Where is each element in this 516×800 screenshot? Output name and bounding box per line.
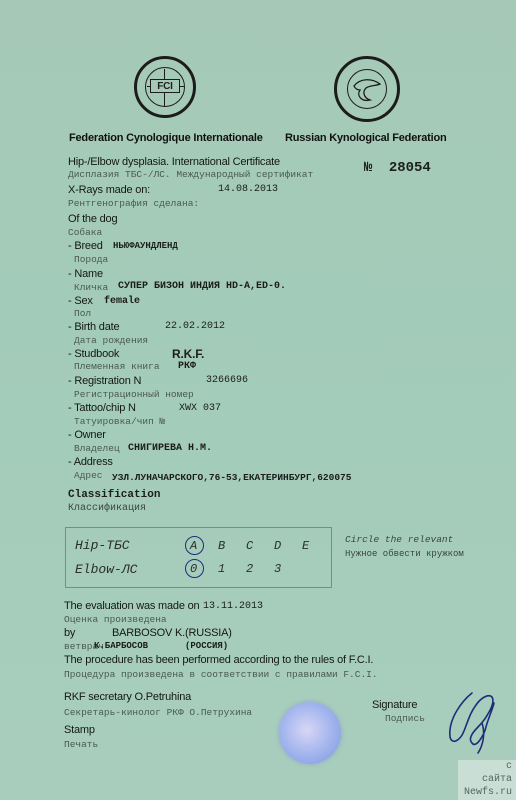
hip-grade-c: C — [246, 539, 253, 553]
vet-country-ru: (РОССИЯ) — [185, 641, 228, 651]
studbook-value: R.K.F. — [172, 347, 204, 361]
elbow-grade-3: 3 — [274, 562, 281, 576]
name-value: СУПЕР БИЗОН ИНДИЯ HD-A,ED-0. — [118, 281, 286, 292]
evaluation-label-ru: Оценка произведена — [64, 614, 167, 625]
tattoo-label-en: - Tattoo/chip N — [68, 402, 136, 414]
owner-label-ru: Владелец — [74, 443, 120, 454]
circle-note-ru: Нужное обвести кружком — [345, 549, 464, 559]
rkf-logo — [334, 56, 400, 122]
name-label-ru: Кличка — [74, 282, 108, 293]
watermark-line-1: с — [458, 760, 512, 773]
sex-label-en: - Sex — [68, 295, 93, 307]
owner-label-en: - Owner — [68, 429, 106, 441]
classification-title-en: Classification — [68, 489, 160, 501]
hip-grade-d: D — [274, 539, 281, 553]
procedure-en: The procedure has been performed accordi… — [64, 654, 373, 666]
circle-note-en: Circle the relevant — [345, 534, 453, 545]
tattoo-value: XWX 037 — [179, 403, 221, 414]
vet-name-en: BARBOSOV K.(RUSSIA) — [112, 627, 232, 639]
elbow-grade-0: 0 — [190, 562, 197, 576]
dog-label-ru: Собака — [68, 227, 102, 238]
dog-label-en: Of the dog — [68, 213, 117, 225]
by-label-en: by — [64, 627, 75, 639]
stamp-label-ru: Печать — [64, 739, 98, 750]
xray-label-ru: Рентгенография сделана: — [68, 198, 199, 209]
sex-value: female — [104, 296, 140, 307]
elbow-grade-2: 2 — [246, 562, 253, 576]
site-watermark: с сайта Newfs.ru — [458, 760, 516, 800]
name-label-en: - Name — [68, 268, 103, 280]
evaluation-label-en: The evaluation was made on — [64, 600, 199, 612]
certificate-number: № 28054 — [364, 160, 431, 176]
vet-name-ru: К.БАРБОСОВ — [94, 641, 148, 651]
address-label-ru: Адрес — [74, 470, 103, 481]
secretary-ru: Секретарь-кинолог РКФ О.Петрухина — [64, 707, 252, 718]
number-sign: № — [364, 160, 372, 176]
watermark-line-2: сайта — [458, 773, 512, 786]
owner-value: СНИГИРЕВА Н.М. — [128, 443, 212, 454]
certificate-title-en: Hip-/Elbow dysplasia. International Cert… — [68, 156, 280, 168]
sex-label-ru: Пол — [74, 308, 91, 319]
birth-label-en: - Birth date — [68, 321, 119, 333]
stamp-label-en: Stamp — [64, 724, 95, 736]
studbook-label-en: - Studbook — [68, 348, 119, 360]
dog-head-icon — [347, 69, 387, 109]
elbow-grade-1: 1 — [218, 562, 225, 576]
breed-label-en: - Breed — [68, 240, 103, 252]
breed-label-ru: Порода — [74, 254, 108, 265]
fci-logo-text: FCI — [150, 79, 180, 93]
hip-grade-a: A — [190, 539, 197, 553]
signature-label-ru: Подпись — [385, 713, 425, 724]
tattoo-label-ru: Татуировка/чип № — [74, 416, 165, 427]
address-label-en: - Address — [68, 456, 113, 468]
elbow-label: Elbow-ЛС — [75, 562, 137, 577]
breed-value: НЬЮФАУНДЛЕНД — [113, 241, 178, 251]
address-value: УЗЛ.ЛУНАЧАРСКОГО,76-53,ЕКАТЕРИНБУРГ,6200… — [112, 472, 351, 483]
evaluation-date: 13.11.2013 — [203, 601, 263, 612]
birth-label-ru: Дата рождения — [74, 335, 148, 346]
hip-grade-e: E — [302, 539, 309, 553]
registration-label-ru: Регистрационный номер — [74, 389, 194, 400]
xray-label-en: X-Rays made on: — [68, 184, 150, 196]
fci-org-name: Federation Cynologique Internationale — [69, 132, 263, 144]
studbook-value-ru: РКФ — [178, 361, 196, 372]
registration-value: 3266696 — [206, 375, 248, 386]
signature-scribble-icon — [442, 683, 502, 755]
watermark-line-3: Newfs.ru — [458, 786, 512, 799]
signature-label-en: Signature — [372, 699, 417, 711]
xray-date: 14.08.2013 — [218, 184, 278, 195]
birth-value: 22.02.2012 — [165, 321, 225, 332]
certificate-title-ru: Дисплазия ТБС-/ЛС. Международный сертифи… — [68, 169, 313, 180]
hip-label: Hip-ТБС — [75, 538, 130, 553]
secretary-en: RKF secretary O.Petruhina — [64, 691, 191, 703]
registration-label-en: - Registration N — [68, 375, 141, 387]
procedure-ru: Процедура произведена в соответствии с п… — [64, 669, 378, 680]
studbook-label-ru: Племенная книга — [74, 361, 160, 372]
number-value: 28054 — [389, 160, 431, 176]
fci-logo: FCI — [134, 56, 196, 118]
classification-title-ru: Классификация — [68, 503, 146, 514]
hologram-stamp — [279, 702, 341, 764]
rkf-org-name: Russian Kynological Federation — [285, 132, 446, 144]
hip-grade-b: B — [218, 539, 225, 553]
